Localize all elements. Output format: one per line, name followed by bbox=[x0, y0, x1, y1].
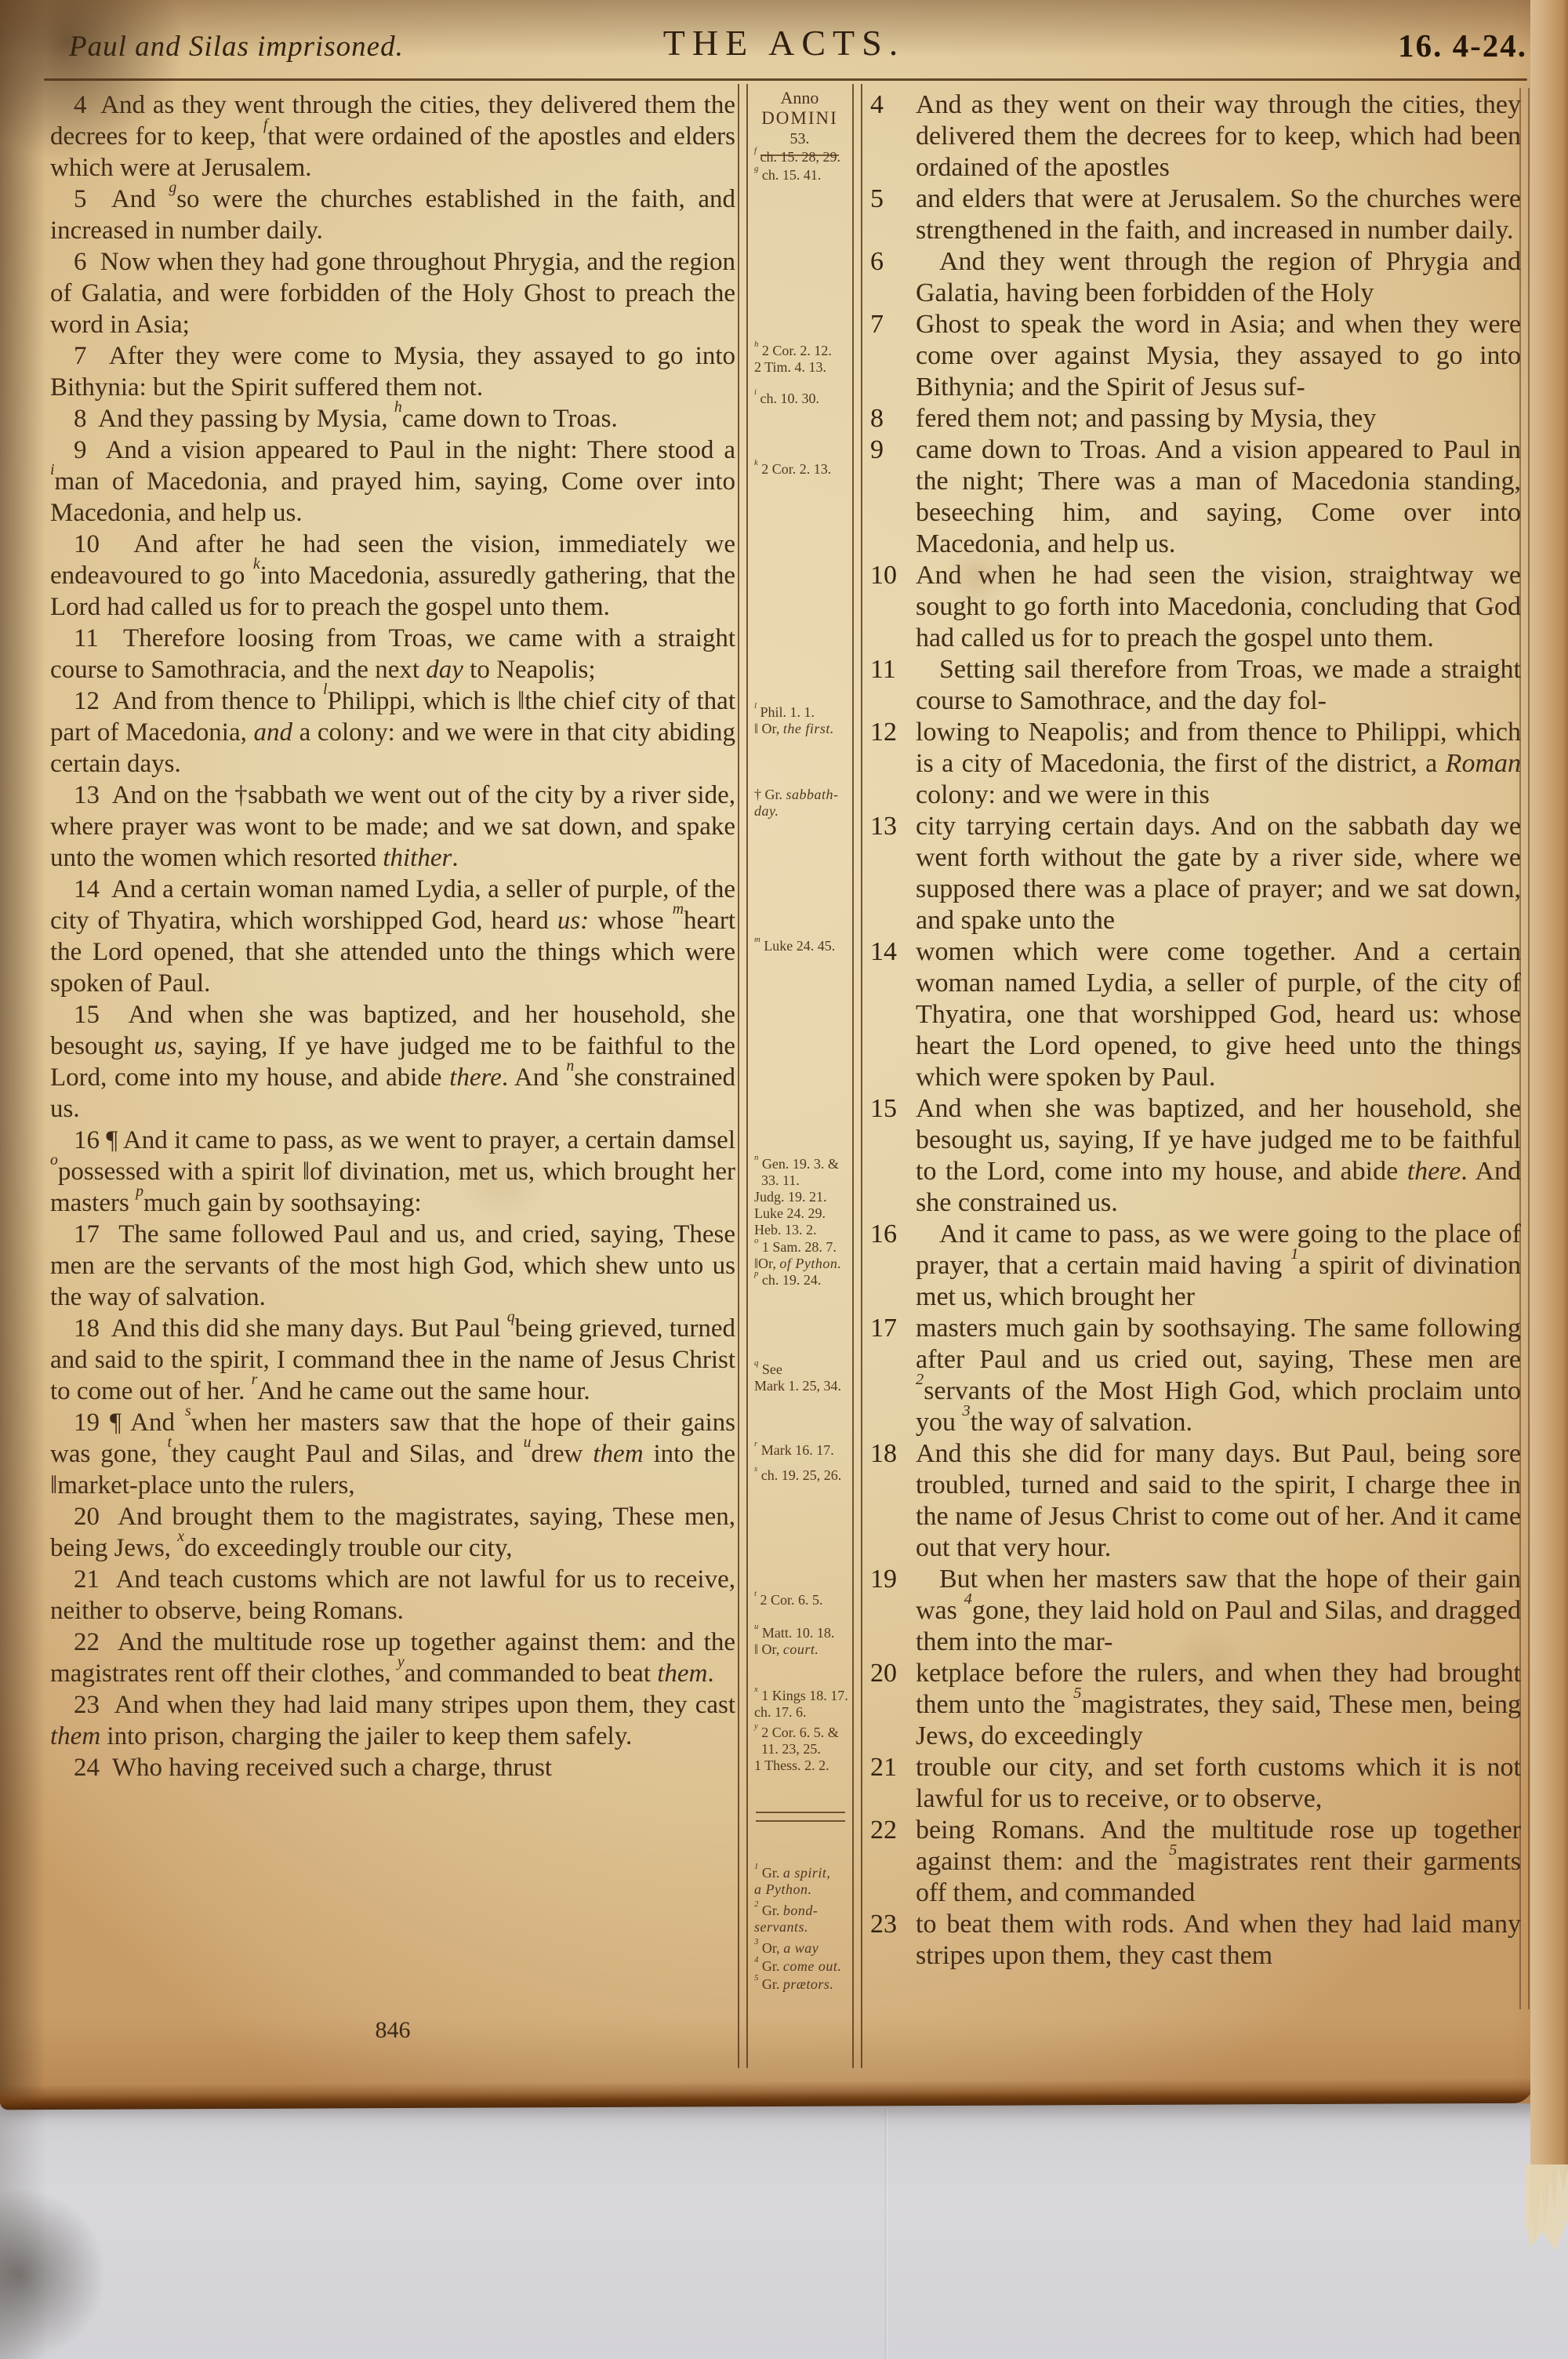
margin-note-r: r Mark 16. 17. bbox=[754, 1442, 850, 1459]
verse-number: 18 bbox=[870, 1438, 911, 1470]
kjv-verse-19: 19 ¶ And swhen her masters saw that the … bbox=[50, 1407, 735, 1501]
header-rule bbox=[44, 78, 1527, 81]
rv-verse-14: 14women which were come together. And a … bbox=[916, 936, 1521, 1093]
page-number: 846 bbox=[50, 2017, 735, 2044]
rv-verse-21: 21trouble our city, and set forth custom… bbox=[916, 1752, 1521, 1815]
kjv-verse-18: 18 And this did she many days. But Paul … bbox=[50, 1313, 735, 1407]
margin-note-dagger: † Gr. sabbath-day. bbox=[754, 787, 850, 820]
rv-verse-17: 17masters much gain by soothsaying. The … bbox=[916, 1313, 1521, 1438]
margin-note-y: y 2 Cor. 6. 5. & 11. 23, 25.1 Thess. 2. … bbox=[754, 1725, 850, 1774]
book-page: Paul and Silas imprisoned. THE ACTS. 16.… bbox=[0, 0, 1568, 2103]
kjv-verse-22: 22 And the multitude rose up together ag… bbox=[50, 1627, 735, 1689]
rv-verse-7: 7Ghost to speak the word in Asia; and wh… bbox=[916, 309, 1521, 403]
rv-verse-11: 11Setting sail therefore from Troas, we … bbox=[916, 654, 1521, 717]
margin-note-n: n Gen. 19. 3. & 33. 11.Judg. 19. 21.Luke… bbox=[754, 1156, 850, 1238]
kjv-verse-4: 4 And as they went through the cities, t… bbox=[50, 89, 735, 184]
kjv-verse-10: 10 And after he had seen the vision, imm… bbox=[50, 529, 735, 623]
verse-number: 20 bbox=[870, 1658, 911, 1689]
kjv-text-column: 4 And as they went through the cities, t… bbox=[50, 89, 735, 1783]
kjv-verse-5: 5 And gso were the churches established … bbox=[50, 184, 735, 246]
rv-verse-18: 18And this she did for many days. But Pa… bbox=[916, 1438, 1521, 1564]
kjv-verse-23: 23 And when they had laid many stripes u… bbox=[50, 1689, 735, 1752]
verse-number: 17 bbox=[870, 1313, 911, 1344]
verse-number: 7 bbox=[870, 309, 911, 340]
rv-verse-20: 20ketplace before the rulers, and when t… bbox=[916, 1658, 1521, 1752]
margin-note-u: u Matt. 10. 18.‖ Or, court. bbox=[754, 1625, 850, 1658]
verse-number: 11 bbox=[870, 654, 911, 685]
margin-note-4: 4 Gr. come out. bbox=[754, 1958, 850, 1975]
margin-note-h: h 2 Cor. 2. 12.2 Tim. 4. 13. bbox=[754, 343, 850, 376]
rv-verse-9: 9came down to Troas. And a vision appear… bbox=[916, 434, 1521, 560]
verse-number: 14 bbox=[870, 936, 911, 968]
rv-verse-19: 19But when her masters saw that the hope… bbox=[916, 1564, 1521, 1658]
rv-verse-10: 10And when he had seen the vision, strai… bbox=[916, 560, 1521, 654]
chapter-verse-range: 16. 4-24. bbox=[1398, 27, 1527, 64]
kjv-verse-13: 13 And on the †sabbath we went out of th… bbox=[50, 780, 735, 874]
anno-line2: DOMINI bbox=[750, 108, 850, 129]
rv-verse-12: 12lowing to Neapolis; and from thence to… bbox=[916, 717, 1521, 811]
margin-note-m: m Luke 24. 45. bbox=[754, 938, 850, 954]
verse-number: 8 bbox=[870, 403, 911, 434]
page-fore-edge-stack bbox=[1530, 0, 1568, 2249]
rv-verse-23: 23to beat them with rods. And when they … bbox=[916, 1909, 1521, 1972]
column-divider-right bbox=[852, 84, 862, 2068]
kjv-verse-6: 6 Now when they had gone throughout Phry… bbox=[50, 246, 735, 340]
kjv-verse-16: 16 ¶ And it came to pass, as we went to … bbox=[50, 1125, 735, 1219]
margin-note-3: 3 Or, a way bbox=[754, 1940, 850, 1957]
verse-number: 4 bbox=[870, 89, 911, 121]
anno-domini-block: Anno DOMINI 53. bbox=[750, 88, 850, 156]
margin-note-s: s ch. 19. 25, 26. bbox=[754, 1467, 850, 1484]
kjv-verse-24: 24 Who having received such a charge, th… bbox=[50, 1752, 735, 1783]
page-bottom-worn-edge bbox=[0, 2078, 1534, 2110]
rv-verse-6: 6And they went through the region of Phr… bbox=[916, 246, 1521, 309]
kjv-verse-9: 9 And a vision appeared to Paul in the n… bbox=[50, 434, 735, 529]
verse-number: 22 bbox=[870, 1815, 911, 1846]
kjv-verse-11: 11 Therefore loosing from Troas, we came… bbox=[50, 623, 735, 685]
rv-verse-8: 8fered them not; and passing by Mysia, t… bbox=[916, 403, 1521, 434]
verse-number: 16 bbox=[870, 1219, 911, 1250]
rv-verse-4: 4And as they went on their way through t… bbox=[916, 89, 1521, 184]
undersheet-crease bbox=[884, 2110, 888, 2359]
notes-divider-rule bbox=[756, 1812, 845, 1822]
rv-verse-15: 15And when she was baptized, and her hou… bbox=[916, 1093, 1521, 1219]
rv-verse-16: 16And it came to pass, as we were going … bbox=[916, 1219, 1521, 1313]
margin-note-2: 2 Gr. bond-servants. bbox=[754, 1903, 850, 1936]
margin-note-5: 5 Gr. prætors. bbox=[754, 1976, 850, 1993]
verse-number: 15 bbox=[870, 1093, 911, 1125]
verse-number: 23 bbox=[870, 1909, 911, 1940]
kjv-verse-15: 15 And when she was baptized, and her ho… bbox=[50, 999, 735, 1125]
verse-number: 10 bbox=[870, 560, 911, 591]
verse-number: 5 bbox=[870, 184, 911, 215]
verse-number: 21 bbox=[870, 1752, 911, 1783]
margin-note-l: l Phil. 1. 1.‖ Or, the first. bbox=[754, 704, 850, 737]
anno-line3: 53. bbox=[750, 130, 850, 148]
verse-number: 13 bbox=[870, 811, 911, 842]
rv-verse-22: 22being Romans. And the multitude rose u… bbox=[916, 1815, 1521, 1909]
verse-number: 19 bbox=[870, 1564, 911, 1595]
margin-note-k: k 2 Cor. 2. 13. bbox=[754, 461, 850, 478]
kjv-verse-12: 12 And from thence to lPhilippi, which i… bbox=[50, 685, 735, 780]
rv-verse-13: 13city tarrying certain days. And on the… bbox=[916, 811, 1521, 936]
kjv-verse-20: 20 And brought them to the magistrates, … bbox=[50, 1501, 735, 1564]
margin-note-x: x 1 Kings 18. 17.ch. 17. 6. bbox=[754, 1688, 850, 1721]
rv-text-column: 4And as they went on their way through t… bbox=[916, 89, 1521, 1972]
margin-note-t: t 2 Cor. 6. 5. bbox=[754, 1592, 850, 1608]
book-title: THE ACTS. bbox=[0, 22, 1568, 64]
margin-note-f: f ch. 15. 28, 29. bbox=[754, 149, 850, 165]
verse-number: 12 bbox=[870, 717, 911, 748]
margin-note-i: i ch. 10. 30. bbox=[754, 391, 850, 407]
kjv-verse-8: 8 And they passing by Mysia, hcame down … bbox=[50, 403, 735, 434]
rv-verse-5: 5and elders that were at Jerusalem. So t… bbox=[916, 184, 1521, 246]
margin-note-1: 1 Gr. a spirit,a Python. bbox=[754, 1865, 850, 1898]
column-divider-left bbox=[738, 84, 748, 2068]
kjv-verse-17: 17 The same followed Paul and us, and cr… bbox=[50, 1219, 735, 1313]
kjv-verse-7: 7 After they were come to Mysia, they as… bbox=[50, 340, 735, 403]
book-photograph: Paul and Silas imprisoned. THE ACTS. 16.… bbox=[0, 0, 1568, 2359]
margin-note-o-p: o 1 Sam. 28. 7.‖Or, of Python.p ch. 19. … bbox=[754, 1239, 850, 1289]
anno-line1: Anno bbox=[750, 88, 850, 108]
verse-number: 6 bbox=[870, 246, 911, 278]
verse-number: 9 bbox=[870, 434, 911, 466]
kjv-verse-21: 21 And teach customs which are not lawfu… bbox=[50, 1564, 735, 1627]
margin-note-q: q SeeMark 1. 25, 34. bbox=[754, 1361, 850, 1394]
margin-note-g: g ch. 15. 41. bbox=[754, 167, 850, 184]
torn-page-corner bbox=[1526, 2165, 1568, 2251]
kjv-verse-14: 14 And a certain woman named Lydia, a se… bbox=[50, 874, 735, 999]
